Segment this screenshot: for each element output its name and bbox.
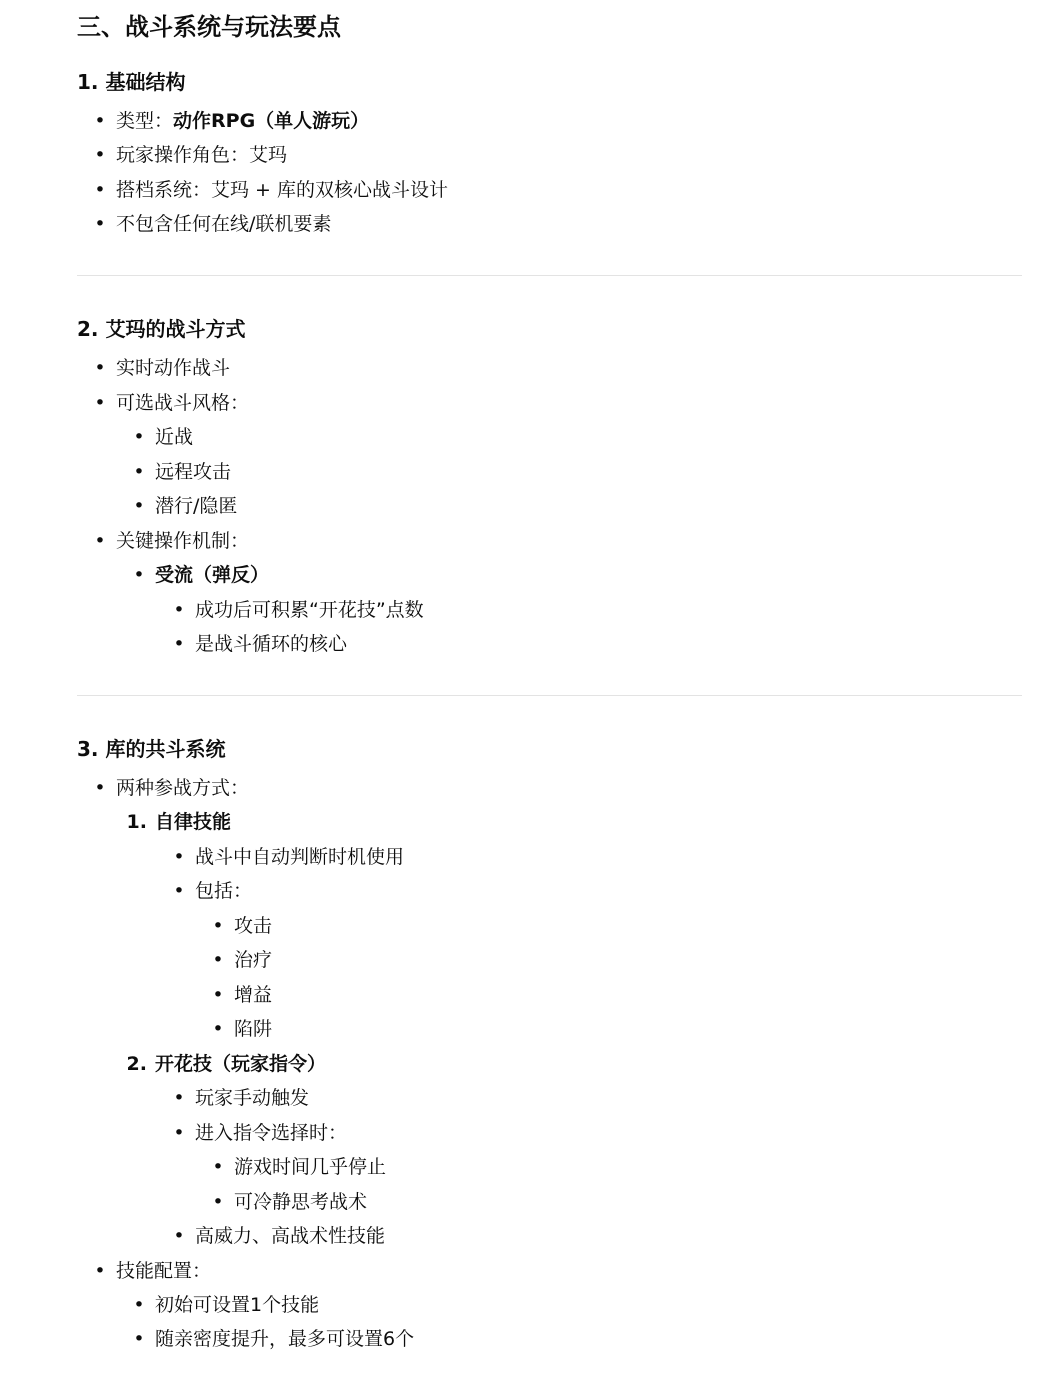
bullet-icon: • <box>169 843 189 871</box>
item-text: 进入指令选择时： <box>195 1122 347 1144</box>
section-heading-emma-combat: 2. 艾玛的战斗方式 <box>77 315 245 343</box>
bullet-icon: • <box>90 389 110 417</box>
list-item: • 技能配置： <box>116 1257 211 1285</box>
bullet-icon: • <box>169 877 189 905</box>
list-item: • 治疗 <box>234 946 272 974</box>
list-item: • 两种参战方式： <box>116 774 249 802</box>
list-item: 2. 开花技（玩家指令） <box>155 1050 326 1078</box>
list-item: • 可冷静思考战术 <box>234 1188 367 1216</box>
bullet-icon: • <box>129 1325 149 1353</box>
item-text: 游戏时间几乎停止 <box>234 1156 386 1178</box>
bullet-icon: • <box>169 630 189 658</box>
section-heading-basic-structure: 1. 基础结构 <box>77 68 185 96</box>
list-item: • 成功后可积累“开花技”点数 <box>195 596 424 624</box>
list-item: • 攻击 <box>234 912 272 940</box>
list-item: • 进入指令选择时： <box>195 1119 347 1147</box>
list-item: • 战斗中自动判断时机使用 <box>195 843 404 871</box>
page-title: 三、战斗系统与玩法要点 <box>77 10 341 44</box>
bullet-icon: • <box>90 141 110 169</box>
list-item: • 关键操作机制： <box>116 527 249 555</box>
item-text: 战斗中自动判断时机使用 <box>195 846 404 868</box>
list-number: 2. <box>123 1050 147 1078</box>
list-item: • 游戏时间几乎停止 <box>234 1153 386 1181</box>
item-text: 成功后可积累“开花技”点数 <box>195 599 424 621</box>
list-item: • 潜行/隐匿 <box>155 492 237 520</box>
item-text: 包括： <box>195 880 252 902</box>
item-text: 自律技能 <box>155 811 231 833</box>
item-text: 攻击 <box>234 915 272 937</box>
item-text: 两种参战方式： <box>116 777 249 799</box>
bullet-icon: • <box>208 1015 228 1043</box>
list-item: • 包括： <box>195 877 252 905</box>
section-heading-ku-cofight: 3. 库的共斗系统 <box>77 735 225 763</box>
bullet-icon: • <box>169 1222 189 1250</box>
bullet-icon: • <box>208 1153 228 1181</box>
list-item: • 玩家操作角色：艾玛 <box>116 141 287 169</box>
item-text: 玩家操作角色：艾玛 <box>116 144 287 166</box>
bullet-icon: • <box>129 423 149 451</box>
bullet-icon: • <box>90 1257 110 1285</box>
bullet-icon: • <box>129 561 149 589</box>
bullet-icon: • <box>169 1084 189 1112</box>
item-text: 不包含任何在线/联机要素 <box>116 213 331 235</box>
item-text: 潜行/隐匿 <box>155 495 237 517</box>
item-text: 远程攻击 <box>155 461 231 483</box>
list-item: • 是战斗循环的核心 <box>195 630 347 658</box>
bullet-icon: • <box>169 1119 189 1147</box>
list-number: 1. <box>123 808 147 836</box>
list-item: • 受流（弹反） <box>155 561 269 589</box>
bullet-icon: • <box>90 527 110 555</box>
item-value: 动作RPG（单人游玩） <box>173 110 369 132</box>
item-text: 是战斗循环的核心 <box>195 633 347 655</box>
item-text: 关键操作机制： <box>116 530 249 552</box>
bullet-icon: • <box>129 458 149 486</box>
item-text: 受流（弹反） <box>155 564 269 586</box>
divider <box>77 275 1022 276</box>
bullet-icon: • <box>208 912 228 940</box>
list-item: • 实时动作战斗 <box>116 354 230 382</box>
bullet-icon: • <box>90 107 110 135</box>
bullet-icon: • <box>90 774 110 802</box>
item-text: 初始可设置1个技能 <box>155 1294 319 1316</box>
list-item: • 不包含任何在线/联机要素 <box>116 210 331 238</box>
list-item: • 远程攻击 <box>155 458 231 486</box>
list-item: • 搭档系统：艾玛 + 库的双核心战斗设计 <box>116 176 448 204</box>
item-text: 随亲密度提升，最多可设置6个 <box>155 1328 414 1350</box>
bullet-icon: • <box>129 1291 149 1319</box>
list-item: • 高威力、高战术性技能 <box>195 1222 385 1250</box>
item-text: 开花技（玩家指令） <box>155 1053 326 1075</box>
list-item: • 可选战斗风格： <box>116 389 249 417</box>
item-text: 搭档系统：艾玛 + 库的双核心战斗设计 <box>116 179 448 201</box>
item-text: 高威力、高战术性技能 <box>195 1225 385 1247</box>
bullet-icon: • <box>90 176 110 204</box>
bullet-icon: • <box>169 596 189 624</box>
list-item: • 玩家手动触发 <box>195 1084 309 1112</box>
bullet-icon: • <box>208 1188 228 1216</box>
list-item: • 初始可设置1个技能 <box>155 1291 319 1319</box>
item-text: 可冷静思考战术 <box>234 1191 367 1213</box>
bullet-icon: • <box>208 946 228 974</box>
bullet-icon: • <box>90 210 110 238</box>
item-text: 技能配置： <box>116 1260 211 1282</box>
list-item: • 增益 <box>234 981 272 1009</box>
item-text: 实时动作战斗 <box>116 357 230 379</box>
list-item: • 类型：动作RPG（单人游玩） <box>116 107 369 135</box>
item-text: 陷阱 <box>234 1018 272 1040</box>
item-label: 类型： <box>116 110 173 132</box>
item-text: 可选战斗风格： <box>116 392 249 414</box>
divider <box>77 695 1022 696</box>
bullet-icon: • <box>129 492 149 520</box>
bullet-icon: • <box>90 354 110 382</box>
item-text: 近战 <box>155 426 193 448</box>
list-item: • 陷阱 <box>234 1015 272 1043</box>
item-text: 增益 <box>234 984 272 1006</box>
bullet-icon: • <box>208 981 228 1009</box>
list-item: • 随亲密度提升，最多可设置6个 <box>155 1325 414 1353</box>
item-text: 治疗 <box>234 949 272 971</box>
list-item: 1. 自律技能 <box>155 808 231 836</box>
item-text: 玩家手动触发 <box>195 1087 309 1109</box>
list-item: • 近战 <box>155 423 193 451</box>
